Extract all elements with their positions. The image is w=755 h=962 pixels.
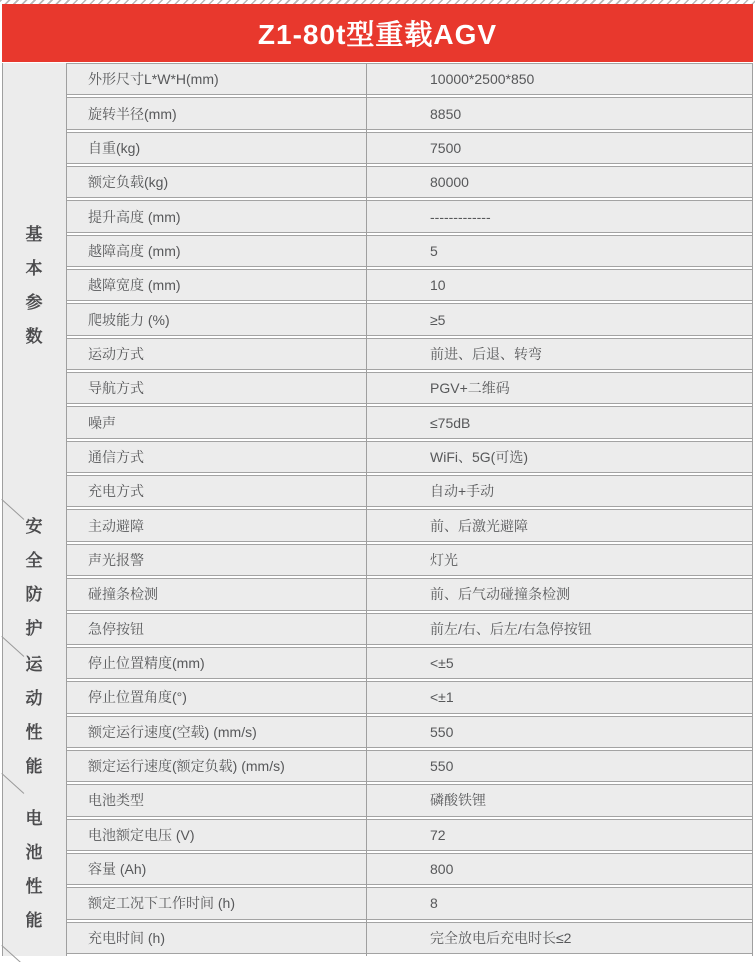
- table-outer-right-border: [752, 63, 753, 956]
- sidebar-section-char: 基: [26, 218, 43, 252]
- spec-label-cell: 主动避障: [66, 516, 366, 536]
- spec-value-cell: <±1: [366, 689, 753, 705]
- page-title: Z1-80t型重载AGV: [258, 13, 497, 53]
- spec-row: 提升高度 (mm)-------------: [66, 200, 753, 232]
- spec-value-cell: 5: [366, 243, 753, 259]
- spec-row: 爬坡能力 (%)≥5: [66, 303, 753, 335]
- sheet: Z1-80t型重载AGV 基本参数安全防护运动性能电池性能 外形尺寸L*W*H(…: [2, 4, 753, 956]
- sidebar-section-char: 本: [26, 252, 43, 286]
- spec-label-cell: 碰撞条检测: [66, 584, 366, 604]
- spec-row: 急停按钮前左/右、后左/右急停按钮: [66, 613, 753, 645]
- spec-label-cell: 电池额定电压 (V): [66, 825, 366, 845]
- spec-row: 容量 (Ah)800: [66, 853, 753, 885]
- spec-label-cell: 额定运行速度(额定负载) (mm/s): [66, 756, 366, 776]
- spec-label-cell: 通信方式: [66, 447, 366, 467]
- spec-value-cell: 550: [366, 724, 753, 740]
- spec-value-cell: 磷酸铁锂: [366, 790, 753, 810]
- spec-label-cell: 导航方式: [66, 378, 366, 398]
- sidebar-section-char: 护: [26, 612, 43, 646]
- sidebar-section-label: 电池性能: [2, 784, 66, 956]
- spec-label-cell: 外形尺寸L*W*H(mm): [66, 69, 366, 89]
- sidebar-section-label: 基本参数: [2, 63, 66, 510]
- spec-label-cell: 容量 (Ah): [66, 859, 366, 879]
- spec-row: 运动方式前进、后退、转弯: [66, 338, 753, 370]
- title-bar: Z1-80t型重载AGV: [2, 4, 753, 62]
- spec-label-cell: 停止位置角度(°): [66, 687, 366, 707]
- spec-row: 额定负载(kg)80000: [66, 166, 753, 198]
- sidebar-section-char: 池: [26, 836, 43, 870]
- spec-row: 导航方式PGV+二维码: [66, 372, 753, 404]
- spec-label-cell: 爬坡能力 (%): [66, 310, 366, 330]
- spec-value-cell: ≥5: [366, 312, 753, 328]
- sidebar-section-char: 性: [26, 870, 43, 904]
- spec-value-cell: 72: [366, 827, 753, 843]
- table-outer-left-border: [2, 63, 3, 956]
- spec-row: 碰撞条检测前、后气动碰撞条检测: [66, 578, 753, 610]
- spec-value-cell: 自动+手动: [366, 481, 753, 501]
- spec-label-cell: 旋转半径(mm): [66, 104, 366, 124]
- spec-value-cell: 完全放电后充电时长≤2: [366, 928, 753, 948]
- spec-value-cell: 80000: [366, 174, 753, 190]
- spec-row: 充电方式自动+手动: [66, 475, 753, 507]
- spec-value-cell: WiFi、5G(可选): [366, 447, 753, 467]
- sidebar-section-char: 电: [26, 802, 43, 836]
- spec-label-cell: 额定负载(kg): [66, 172, 366, 192]
- spec-row: 越障宽度 (mm)10: [66, 269, 753, 301]
- category-sidebar: 基本参数安全防护运动性能电池性能: [2, 63, 66, 956]
- spec-value-cell: 7500: [366, 140, 753, 156]
- spec-row: 额定运行速度(空载) (mm/s)550: [66, 716, 753, 748]
- spec-row: 旋转半径(mm)8850: [66, 97, 753, 129]
- spec-value-cell: 10000*2500*850: [366, 71, 753, 87]
- spec-label-cell: 噪声: [66, 413, 366, 433]
- spec-row: 声光报警灯光: [66, 544, 753, 576]
- spec-value-cell: 灯光: [366, 550, 753, 570]
- spec-label-cell: 充电时间 (h): [66, 928, 366, 948]
- spec-value-cell: <±5: [366, 655, 753, 671]
- spec-label-cell: 声光报警: [66, 550, 366, 570]
- spec-value-cell: 前左/右、后左/右急停按钮: [366, 619, 753, 639]
- spec-sheet: Z1-80t型重载AGV 基本参数安全防护运动性能电池性能 外形尺寸L*W*H(…: [0, 0, 755, 962]
- spec-label-cell: 额定工况下工作时间 (h): [66, 893, 366, 913]
- sidebar-section-char: 性: [26, 716, 43, 750]
- spec-label-cell: 充电方式: [66, 481, 366, 501]
- spec-value-cell: 前、后气动碰撞条检测: [366, 584, 753, 604]
- spec-value-cell: 8850: [366, 106, 753, 122]
- spec-row: 电池类型磷酸铁锂: [66, 784, 753, 816]
- spec-row: 主动避障前、后激光避障: [66, 509, 753, 541]
- spec-value-cell: PGV+二维码: [366, 378, 753, 398]
- spec-row: 外形尺寸L*W*H(mm)10000*2500*850: [66, 63, 753, 95]
- spec-row: 通信方式WiFi、5G(可选): [66, 441, 753, 473]
- spec-value-cell: 10: [366, 277, 753, 293]
- spec-label-cell: 提升高度 (mm): [66, 207, 366, 227]
- spec-label-cell: 自重(kg): [66, 138, 366, 158]
- spec-value-cell: 8: [366, 895, 753, 911]
- spec-row: 充电时间 (h)完全放电后充电时长≤2: [66, 922, 753, 954]
- spec-table-wrap: 基本参数安全防护运动性能电池性能 外形尺寸L*W*H(mm)10000*2500…: [2, 63, 753, 956]
- spec-table: 外形尺寸L*W*H(mm)10000*2500*850旋转半径(mm)8850自…: [66, 63, 753, 956]
- sidebar-section-char: 能: [26, 904, 43, 938]
- spec-label-cell: 越障宽度 (mm): [66, 275, 366, 295]
- spec-row: 自重(kg)7500: [66, 132, 753, 164]
- sidebar-section-label: 安全防护: [2, 510, 66, 647]
- spec-row: 停止位置角度(°)<±1: [66, 681, 753, 713]
- spec-value-cell: 800: [366, 861, 753, 877]
- sidebar-section-char: 运: [26, 648, 43, 682]
- spec-label-cell: 电池类型: [66, 790, 366, 810]
- sidebar-section-char: 参: [26, 286, 43, 320]
- spec-row: 噪声≤75dB: [66, 406, 753, 438]
- sidebar-section-char: 安: [26, 510, 43, 544]
- sidebar-section-char: 能: [26, 750, 43, 784]
- spec-label-cell: 额定运行速度(空载) (mm/s): [66, 722, 366, 742]
- spec-value-cell: ≤75dB: [366, 415, 753, 431]
- spec-row: 电池额定电压 (V)72: [66, 819, 753, 851]
- spec-label-cell: 越障高度 (mm): [66, 241, 366, 261]
- spec-value-cell: 前进、后退、转弯: [366, 344, 753, 364]
- column-divider-line: [366, 63, 367, 956]
- spec-row: 额定工况下工作时间 (h)8: [66, 887, 753, 919]
- sidebar-divider-line: [66, 63, 67, 956]
- spec-row: 停止位置精度(mm)<±5: [66, 647, 753, 679]
- sidebar-section-char: 动: [26, 682, 43, 716]
- sidebar-section-char: 防: [26, 578, 43, 612]
- spec-label-cell: 急停按钮: [66, 619, 366, 639]
- sidebar-section-char: 数: [26, 320, 43, 354]
- sidebar-section-char: 全: [26, 544, 43, 578]
- spec-label-cell: 运动方式: [66, 344, 366, 364]
- spec-row: 额定运行速度(额定负载) (mm/s)550: [66, 750, 753, 782]
- spec-value-cell: 前、后激光避障: [366, 516, 753, 536]
- spec-value-cell: 550: [366, 758, 753, 774]
- sidebar-section-label: 运动性能: [2, 647, 66, 784]
- spec-value-cell: -------------: [366, 209, 753, 225]
- spec-label-cell: 停止位置精度(mm): [66, 653, 366, 673]
- spec-row: 越障高度 (mm)5: [66, 235, 753, 267]
